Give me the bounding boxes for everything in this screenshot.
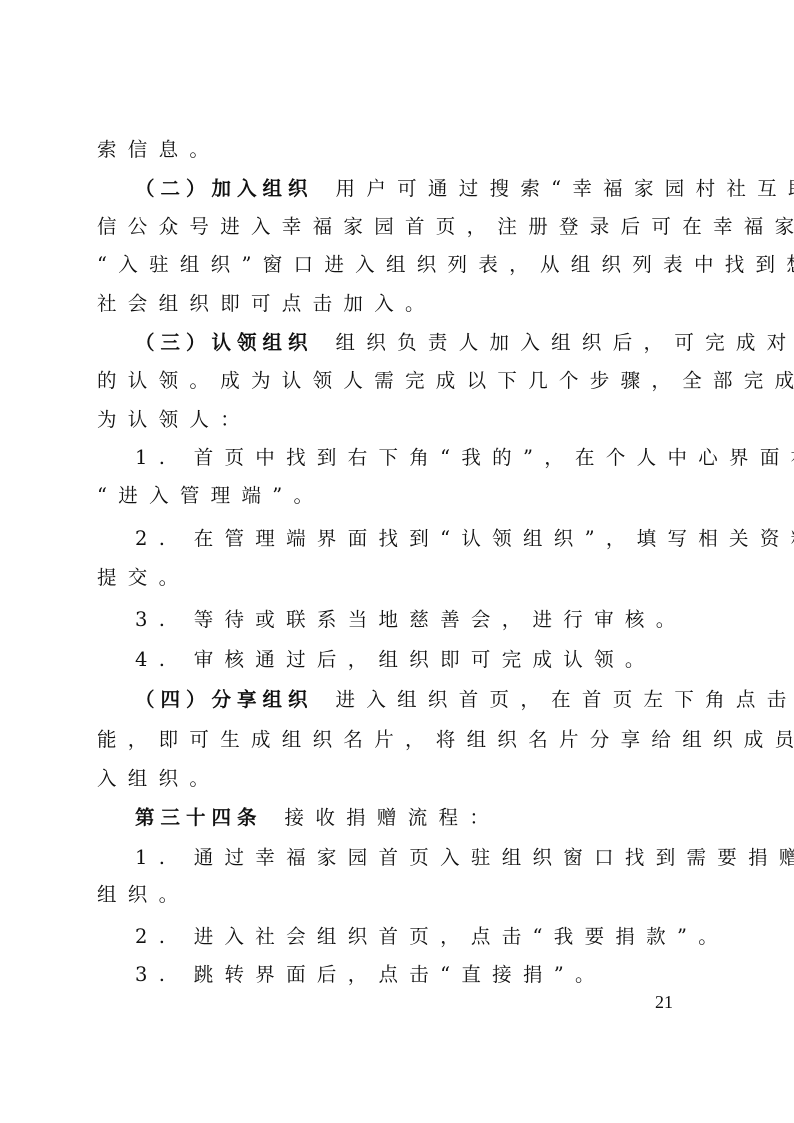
section-heading: （三）认领组织: [135, 331, 314, 354]
line-text: 为认领人：: [97, 408, 251, 431]
line-text: 3. 跳转界面后，点击“直接捐”。: [135, 963, 606, 986]
section-heading-line: （二）加入组织用户可通过搜索“幸福家园村社互助”微: [135, 177, 735, 201]
line-text: “入驻组织”窗口进入组织列表，从组织列表中找到想要加入的: [97, 253, 794, 276]
paragraph-line: 社会组织即可点击加入。: [97, 292, 697, 316]
list-item-line: 3. 跳转界面后，点击“直接捐”。: [135, 963, 735, 987]
line-text: 组织负责人加入组织后，可完成对本组织: [336, 331, 794, 354]
line-text: 1. 通过幸福家园首页入驻组织窗口找到需要捐赠的社会: [135, 846, 794, 869]
line-text: 能，即可生成组织名片，将组织名片分享给组织成员邀请成员加: [97, 728, 794, 751]
section-heading-line: （三）认领组织组织负责人加入组织后，可完成对本组织: [135, 331, 735, 355]
line-text: 提交。: [97, 566, 189, 589]
list-item-line: 3. 等待或联系当地慈善会，进行审核。: [135, 608, 735, 632]
page-number: 21: [655, 992, 673, 1013]
line-text: 组织。: [97, 883, 189, 906]
paragraph-line: 能，即可生成组织名片，将组织名片分享给组织成员邀请成员加: [97, 728, 697, 752]
line-text: 1. 首页中找到右下角“我的”，在个人中心界面右上角点击: [135, 446, 794, 469]
line-text: 的认领。成为认领人需完成以下几个步骤，全部完成后，即可成: [97, 369, 794, 392]
line-text: 社会组织即可点击加入。: [97, 292, 436, 315]
paragraph-line: 为认领人：: [97, 408, 697, 432]
line-text: 接收捐赠流程：: [285, 806, 501, 829]
paragraph-line: 组织。: [97, 883, 697, 907]
paragraph-line: 入组织。: [97, 767, 697, 791]
section-heading-line: （四）分享组织进入组织首页，在首页左下角点击分享功: [135, 688, 735, 712]
line-text: 用户可通过搜索“幸福家园村社互助”微: [336, 177, 794, 200]
line-text: 进入组织首页，在首页左下角点击分享功: [336, 688, 794, 711]
document-page: 索信息。 （二）加入组织用户可通过搜索“幸福家园村社互助”微 信公众号进入幸福家…: [0, 0, 794, 1123]
paragraph-line: 提交。: [97, 566, 697, 590]
paragraph-line: 信公众号进入幸福家园首页，注册登录后可在幸福家园首页中的: [97, 215, 697, 239]
paragraph-line: “进入管理端”。: [97, 484, 697, 508]
article-heading: 第三十四条: [135, 806, 263, 829]
line-text: 2. 进入社会组织首页，点击“我要捐款”。: [135, 925, 729, 948]
line-text: 2. 在管理端界面找到“认领组织”，填写相关资料，进行: [135, 527, 794, 550]
list-item-line: 2. 在管理端界面找到“认领组织”，填写相关资料，进行: [135, 527, 735, 551]
line-text: 信公众号进入幸福家园首页，注册登录后可在幸福家园首页中的: [97, 215, 794, 238]
paragraph-line: “入驻组织”窗口进入组织列表，从组织列表中找到想要加入的: [97, 253, 697, 277]
list-item-line: 1. 通过幸福家园首页入驻组织窗口找到需要捐赠的社会: [135, 846, 735, 870]
line-text: 3. 等待或联系当地慈善会，进行审核。: [135, 608, 687, 631]
paragraph-line: 索信息。: [97, 138, 697, 162]
article-heading-line: 第三十四条接收捐赠流程：: [135, 806, 735, 830]
section-heading: （二）加入组织: [135, 177, 314, 200]
line-text: 索信息。: [97, 138, 220, 161]
line-text: “进入管理端”。: [97, 484, 324, 507]
paragraph-line: 的认领。成为认领人需完成以下几个步骤，全部完成后，即可成: [97, 369, 697, 393]
section-heading: （四）分享组织: [135, 688, 314, 711]
list-item-line: 4. 审核通过后，组织即可完成认领。: [135, 648, 735, 672]
line-text: 入组织。: [97, 767, 220, 790]
line-text: 4. 审核通过后，组织即可完成认领。: [135, 648, 656, 671]
list-item-line: 2. 进入社会组织首页，点击“我要捐款”。: [135, 925, 735, 949]
list-item-line: 1. 首页中找到右下角“我的”，在个人中心界面右上角点击: [135, 446, 735, 470]
